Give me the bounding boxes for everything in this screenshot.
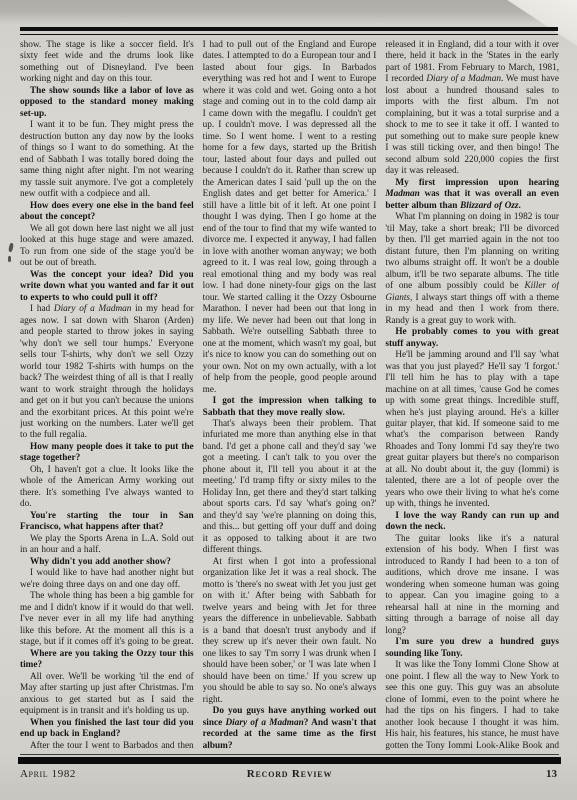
interview-answer: It was like the Tony Iommi Clone Show at… <box>385 660 559 752</box>
interview-answer: We play the Sports Arena in L.A. Sold ou… <box>20 534 194 557</box>
interview-question: My first impression upon hearing Madman … <box>385 178 559 212</box>
scan-artifact <box>8 243 14 253</box>
interview-question: I love the way Randy can run up and down… <box>385 511 559 534</box>
interview-answer: After the tour I went to Barbados and th… <box>20 741 194 752</box>
interview-answer: I would like to have had another night b… <box>20 568 194 591</box>
footer-rule-thin <box>20 754 559 755</box>
interview-answer: What I'm planning on doing in 1982 is to… <box>385 212 559 327</box>
interview-question: How does every one else in the band feel… <box>20 201 194 224</box>
interview-question: The show sounds like a labor of love as … <box>20 86 194 120</box>
interview-question: You're starting the tour in San Francisc… <box>20 511 194 534</box>
interview-question: I got the impression when talking to Sab… <box>203 396 377 419</box>
interview-answer: That's always been their problem. That i… <box>203 419 377 557</box>
article-column-2: I had to pull out of the England and Eur… <box>203 40 377 752</box>
interview-answer: He'll be jamming around and I'll say 'wh… <box>385 350 559 511</box>
interview-question: He probably comes to you with great stuf… <box>385 327 559 350</box>
interview-answer: Oh, I haven't got a clue. It looks like … <box>20 465 194 511</box>
interview-question: Where are you taking the Ozzy tour this … <box>20 649 194 672</box>
article-column-3: released it in England, did a tour with … <box>385 40 559 752</box>
interview-answer: We all got down here last night we all j… <box>20 224 194 270</box>
article-column-1: show. The stage is like a soccer field. … <box>20 40 194 752</box>
interview-question: How many people does it take to put the … <box>20 442 194 465</box>
interview-answer: I had to pull out of the England and Eur… <box>203 40 377 396</box>
top-rule <box>20 27 558 35</box>
interview-question: When you finished the last tour did you … <box>20 718 194 741</box>
page-footer: April 1982 Record Review 13 <box>20 768 559 784</box>
interview-answer: All over. We'll be working 'til the end … <box>20 672 194 718</box>
interview-answer: show. The stage is like a soccer field. … <box>20 40 194 86</box>
footer-rule-thick <box>18 757 561 764</box>
interview-question: Was the concept your idea? Did you write… <box>20 270 194 304</box>
footer-magazine-title: Record Review <box>20 768 559 780</box>
interview-answer: The guitar looks like it's a natural ext… <box>385 534 559 637</box>
footer-page-number: 13 <box>546 768 557 780</box>
interview-question: Do you guys have anything worked out sin… <box>203 706 377 752</box>
interview-answer: At first when I got into a professional … <box>203 557 377 706</box>
magazine-page: show. The stage is like a soccer field. … <box>0 0 577 800</box>
scan-artifact <box>8 256 11 262</box>
interview-answer: I had Diary of a Madman in my head for a… <box>20 304 194 442</box>
interview-answer: I want it to be fun. They might press th… <box>20 120 194 200</box>
interview-answer: The whole thing has been a big gamble fo… <box>20 591 194 648</box>
article-columns: show. The stage is like a soccer field. … <box>20 40 559 752</box>
interview-answer: released it in England, did a tour with … <box>385 40 559 178</box>
interview-question: Why didn't you add another show? <box>20 557 194 568</box>
interview-question: I'm sure you drew a hundred guys soundin… <box>385 637 559 660</box>
